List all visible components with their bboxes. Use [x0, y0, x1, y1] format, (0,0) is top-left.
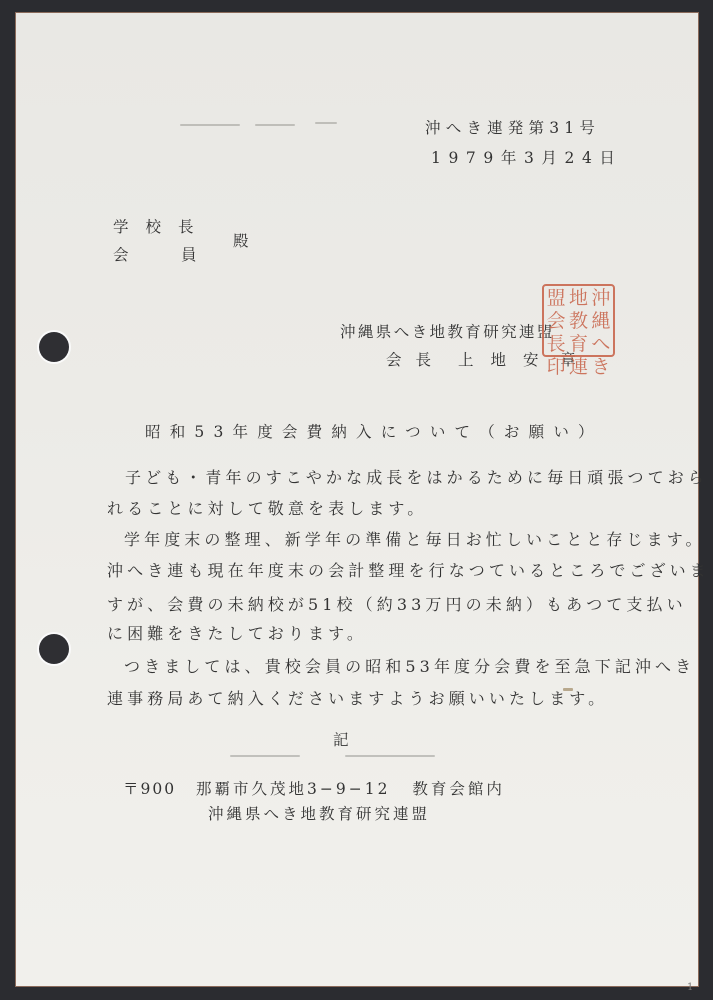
body-line: 子ども・青年のすこやかな成長をはかるために毎日頑張つておら [125, 465, 708, 488]
addressee-line-2-left: 会 [113, 246, 129, 264]
sender-organization: 沖縄県へき地教育研究連盟 [340, 320, 555, 342]
building-name: 教育会館内 [412, 780, 505, 798]
notes-heading: 記 [333, 728, 349, 750]
addressee-line-2: 会 員 [113, 243, 129, 265]
addressee-honorific: 殿 [233, 229, 253, 251]
punch-hole [39, 332, 69, 362]
body-line: 沖へき連も現在年度末の会計整理を行なつているところでございま [107, 558, 710, 581]
faded-mark [345, 755, 435, 757]
seal-character: 縄 [591, 310, 610, 333]
addressee-line-2-right: 員 [181, 243, 201, 265]
body-line: すが、会費の未納校が51校（約33万円の未納）もあつて支払い [107, 592, 687, 615]
seal-character: 連 [569, 356, 588, 379]
body-line: に困難をきたしております。 [107, 621, 367, 644]
seal-character: 会 [547, 310, 566, 333]
seal-character: 盟 [547, 287, 566, 310]
seal-character: 沖 [591, 287, 610, 310]
body-line: れることに対して敬意を表します。 [107, 496, 427, 519]
seal-character: 印 [547, 356, 566, 379]
seal-column: 地教育連 [567, 287, 589, 354]
faded-mark [255, 124, 295, 126]
punch-hole [39, 634, 69, 664]
seal-column: 盟会長印 [545, 287, 567, 354]
document-page: 沖へき連発第31号 1979年3月24日 学校長 会 員 殿 沖縄県へき地教育研… [15, 12, 699, 987]
faded-mark [180, 124, 240, 126]
seal-character: 地 [569, 287, 588, 310]
office-organization: 沖縄県へき地教育研究連盟 [208, 802, 430, 824]
faded-mark [230, 755, 300, 757]
seal-character: き [591, 356, 610, 379]
body-line: つきましては、貴校会員の昭和53年度分会費を至急下記沖へき [124, 654, 695, 677]
street-address: 那覇市久茂地3−9−12 [196, 780, 390, 798]
office-address: 〒900 那覇市久茂地3−9−12 教育会館内 [123, 777, 505, 799]
seal-character: へ [591, 333, 610, 356]
document-subject: 昭和53年度会費納入について（お願い） [145, 420, 603, 442]
document-date: 1979年3月24日 [431, 146, 623, 168]
reference-number: 沖へき連発第31号 [425, 116, 600, 138]
seal-character: 育 [569, 333, 588, 356]
postal-code: 〒900 [123, 780, 176, 798]
seal-column: 沖縄へき [590, 287, 612, 354]
seal-character: 長 [547, 333, 566, 356]
faded-mark [315, 122, 337, 124]
sender-name: 上地安 [458, 348, 556, 370]
page-mark: 1 [687, 982, 693, 993]
body-line: 学年度末の整理、新学年の準備と毎日お忙しいことと存じます。 [124, 527, 706, 550]
body-line: 連事務局あて納入くださいますようお願いいたします。 [107, 686, 608, 709]
sender-role: 会長 [386, 348, 445, 370]
addressee-line-1: 学校長 [113, 215, 211, 237]
official-seal-stamp: 沖縄へき地教育連盟会長印 [542, 284, 615, 357]
seal-character: 教 [569, 310, 588, 333]
